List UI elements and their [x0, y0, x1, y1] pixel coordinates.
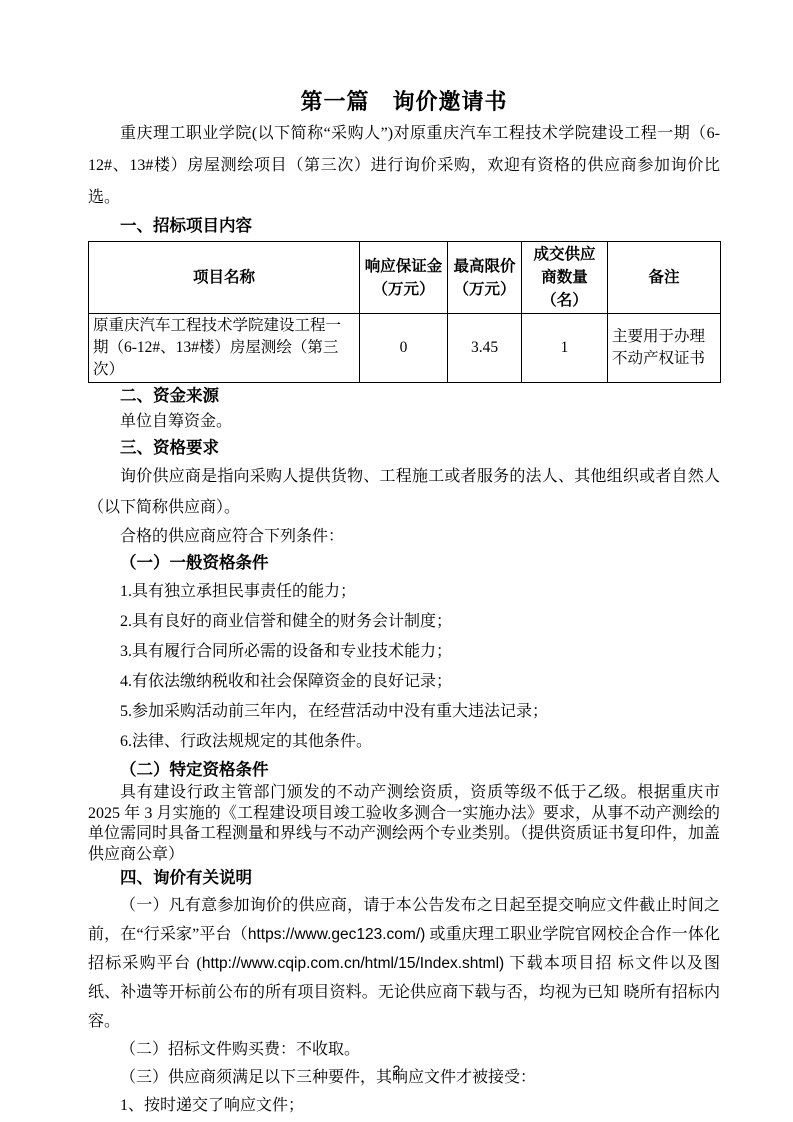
- cell-supplier-count: 1: [522, 314, 608, 383]
- section-heading-inquiry-notes: 四、询价有关说明: [88, 865, 720, 891]
- inquiry-note-1-paragraph: （一）凡有意参加询价的供应商，请于本公告发布之日起至提交响应文件截止时间之前，在…: [88, 891, 720, 1036]
- cell-deposit: 0: [360, 314, 448, 383]
- document-content: 第一篇 询价邀请书 重庆理工职业学院(以下简称“采购人”)对原重庆汽车工程技术学…: [0, 0, 793, 1120]
- cell-remarks: 主要用于办理不动产权证书: [608, 314, 721, 383]
- section-heading-funding-source: 二、资金来源: [88, 383, 720, 409]
- qualified-supplier-lead-in: 合格的供应商应符合下列条件：: [88, 523, 720, 550]
- list-item: 3.具有履行合同所必需的设备和专业技术能力；: [88, 637, 720, 667]
- project-table: 项目名称 响应保证金（万元） 最高限价（万元） 成交供应商数量（名） 备注 原重…: [88, 241, 721, 383]
- acceptance-condition-item: 1、按时递交了响应文件；: [88, 1092, 720, 1120]
- col-header-supplier-count: 成交供应商数量（名）: [522, 242, 608, 314]
- specific-qualification-paragraph: 具有建设行政主管部门颁发的不动产测绘资质，资质等级不低于乙级。根据重庆市 202…: [88, 783, 720, 865]
- list-item: 1.具有独立承担民事责任的能力；: [88, 577, 720, 607]
- cqip-url[interactable]: http://www.cqip.com.cn/html/15/Index.sht…: [202, 955, 504, 972]
- table-row: 原重庆汽车工程技术学院建设工程一期（6-12#、13#楼）房屋测绘（第三次） 0…: [89, 314, 721, 383]
- supplier-definition-paragraph: 询价供应商是指向采购人提供货物、工程施工或者服务的法人、其他组织或者自然人（以下…: [88, 461, 720, 523]
- cell-max-price: 3.45: [448, 314, 522, 383]
- col-header-max-price: 最高限价（万元）: [448, 242, 522, 314]
- intro-paragraph: 重庆理工职业学院(以下简称“采购人”)对原重庆汽车工程技术学院建设工程一期（6-…: [88, 118, 720, 214]
- page-number: 2: [0, 1062, 793, 1078]
- subsection-heading-general-qualification: （一）一般资格条件: [88, 550, 720, 577]
- col-header-remarks: 备注: [608, 242, 721, 314]
- col-header-project-name: 项目名称: [89, 242, 360, 314]
- gec123-url[interactable]: https://www.gec123.com/): [248, 926, 425, 943]
- document-title: 第一篇 询价邀请书: [88, 86, 720, 118]
- list-item: 6.法律、行政法规规定的其他条件。: [88, 727, 720, 757]
- list-item: 2.具有良好的商业信誉和健全的财务会计制度；: [88, 607, 720, 637]
- general-qualification-list: 1.具有独立承担民事责任的能力； 2.具有良好的商业信誉和健全的财务会计制度； …: [88, 577, 720, 757]
- funding-source-text: 单位自筹资金。: [88, 409, 720, 435]
- section-heading-qualification: 三、资格要求: [88, 435, 720, 461]
- col-header-response-deposit: 响应保证金（万元）: [360, 242, 448, 314]
- document-page: 第一篇 询价邀请书 重庆理工职业学院(以下简称“采购人”)对原重庆汽车工程技术学…: [0, 0, 793, 1122]
- list-item: 5.参加采购活动前三年内，在经营活动中没有重大违法记录；: [88, 697, 720, 727]
- table-header-row: 项目名称 响应保证金（万元） 最高限价（万元） 成交供应商数量（名） 备注: [89, 242, 721, 314]
- cell-project-name: 原重庆汽车工程技术学院建设工程一期（6-12#、13#楼）房屋测绘（第三次）: [89, 314, 360, 383]
- list-item: 4.有依法缴纳税收和社会保障资金的良好记录；: [88, 667, 720, 697]
- section-heading-bid-content: 一、招标项目内容: [88, 214, 720, 238]
- subsection-heading-specific-qualification: （二）特定资格条件: [88, 757, 720, 783]
- inquiry-note-2: （二）招标文件购买费：不收取。: [88, 1036, 720, 1064]
